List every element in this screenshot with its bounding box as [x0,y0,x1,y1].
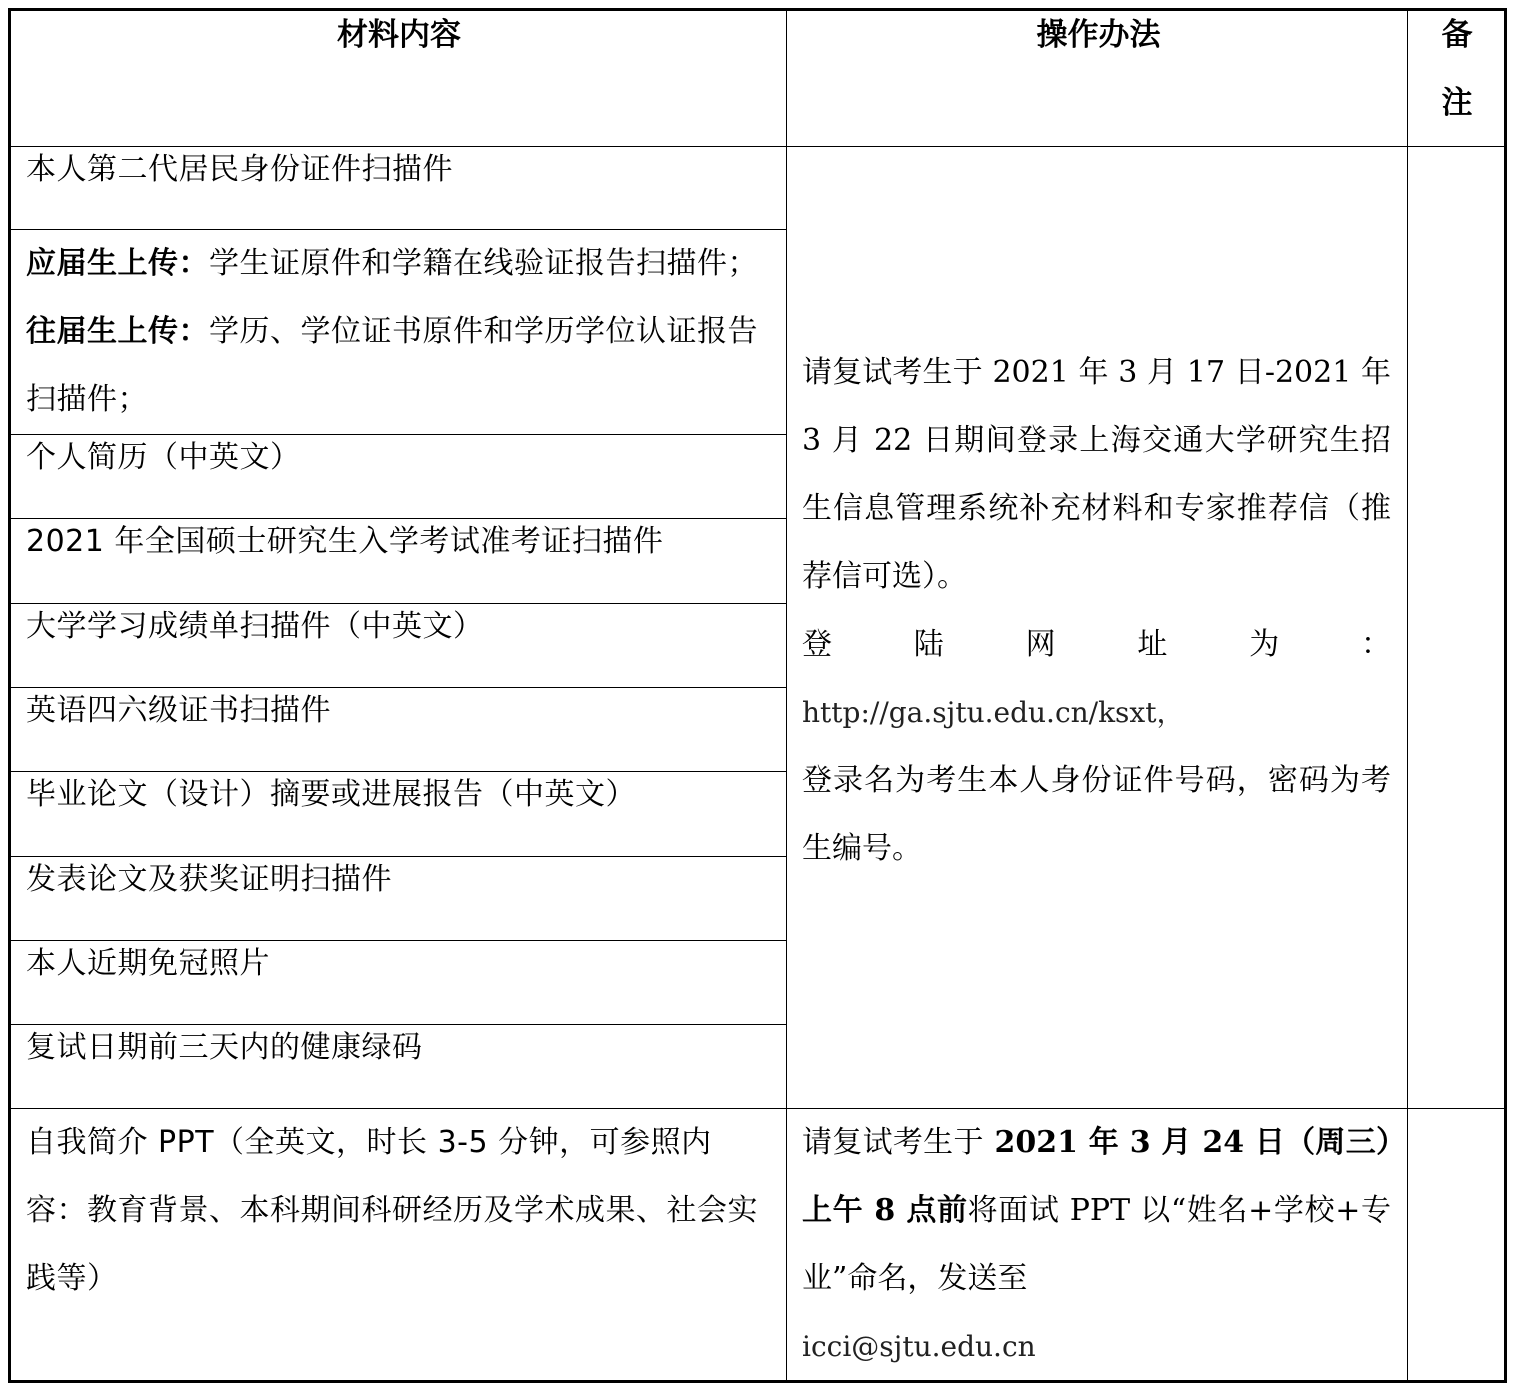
header-notes: 备 注 [1407,8,1507,147]
material-row-resume: 个人简历（中英文） [8,434,787,519]
material-bold-past-students: 往届生上传： [26,314,209,349]
material-row-admission-ticket: 2021 年全国硕士研究生入学考试准考证扫描件 [8,518,787,604]
material-row-thesis-abstract: 毕业论文（设计）摘要或进展报告（中英文） [8,771,787,857]
system-url-link[interactable]: http://ga.sjtu.edu.cn/ksxt， [802,679,1391,747]
material-text: 本人第二代居民身份证件扫描件 [26,152,453,187]
notes-cell-upload [1407,146,1507,1109]
material-row-photo: 本人近期免冠照片 [8,940,787,1025]
url-label-char: 陆 [914,611,944,679]
url-label-char: 登 [802,611,832,679]
header-notes-line1: 备 [1408,9,1506,61]
material-row-id-card: 本人第二代居民身份证件扫描件 [8,146,787,230]
ppt-prefix: 请复试考生于 [802,1125,984,1160]
notes-cell-ppt [1407,1108,1507,1383]
material-text: 英语四六级证书扫描件 [26,693,331,728]
material-row-publications-awards: 发表论文及获奖证明扫描件 [8,856,787,941]
material-row-intro-ppt: 自我简介 PPT（全英文，时长 3-5 分钟，可参照内容：教育背景、本科期间科研… [8,1108,787,1383]
material-text-current: 学生证原件和学籍在线验证报告扫描件； [209,246,758,281]
material-row-transcript: 大学学习成绩单扫描件（中英文） [8,603,787,688]
material-bold-current-students: 应届生上传： [26,246,209,281]
material-text: 个人简历（中英文） [26,440,301,475]
header-materials-label: 材料内容 [337,17,461,53]
material-text: 大学学习成绩单扫描件（中英文） [26,609,484,644]
submission-email-link[interactable]: icci@sjtu.edu.cn [802,1313,1391,1381]
header-materials: 材料内容 [8,8,787,147]
material-row-student-status: 应届生上传：学生证原件和学籍在线验证报告扫描件；往届生上传：学历、学位证书原件和… [8,229,787,435]
method-upload-intro: 请复试考生于 2021 年 3 月 17 日-2021 年 3 月 22 日期间… [802,339,1391,611]
url-label-char: ： [1361,611,1391,679]
header-method-label: 操作办法 [1037,17,1161,53]
method-ppt-submission: 请复试考生于 2021 年 3 月 24 日（周三）上午 8 点前将面试 PPT… [786,1108,1408,1383]
material-text: 本人近期免冠照片 [26,946,270,981]
url-label-char: 址 [1137,611,1167,679]
material-row-health-code: 复试日期前三天内的健康绿码 [8,1024,787,1109]
header-notes-line2: 注 [1408,61,1506,145]
header-method: 操作办法 [786,8,1408,147]
material-text: 发表论文及获奖证明扫描件 [26,862,392,897]
material-text: 复试日期前三天内的健康绿码 [26,1030,423,1065]
url-label-char: 为 [1249,611,1279,679]
method-url-label: 登 陆 网 址 为 ： [802,611,1391,679]
method-system-upload: 请复试考生于 2021 年 3 月 17 日-2021 年 3 月 22 日期间… [786,146,1408,1109]
method-login-info: 登录名为考生本人身份证件号码，密码为考生编号。 [802,747,1391,883]
material-text: 毕业论文（设计）摘要或进展报告（中英文） [26,777,636,812]
material-row-cet-certificate: 英语四六级证书扫描件 [8,687,787,772]
material-text: 2021 年全国硕士研究生入学考试准考证扫描件 [26,524,663,559]
material-text: 自我简介 PPT（全英文，时长 3-5 分钟，可参照内容：教育背景、本科期间科研… [26,1125,758,1296]
url-label-char: 网 [1026,611,1056,679]
materials-table: 材料内容 操作办法 备 注 本人第二代居民身份证件扫描件 应届生上传：学生证原件… [8,8,1507,1383]
